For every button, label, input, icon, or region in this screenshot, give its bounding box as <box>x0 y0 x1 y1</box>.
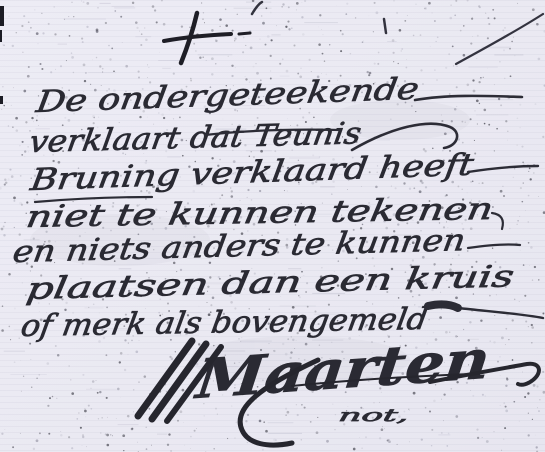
small-tick-right-icon <box>384 19 386 33</box>
scan-canvas: De ondergeteekende verklaart dat Teunis … <box>0 0 545 452</box>
top-right-curve-icon <box>456 14 543 64</box>
line4-trailing-hook <box>492 213 503 229</box>
cross-mark <box>164 13 250 63</box>
notary-abbreviation: not, <box>337 406 410 426</box>
line7-trailing-dash <box>458 308 543 318</box>
line5-trailing-dash <box>468 244 520 248</box>
line7-bold-blob <box>428 304 458 308</box>
line3-trailing-dash <box>468 166 538 172</box>
scanned-document-page: De ondergeteekende verklaart dat Teunis … <box>0 0 545 452</box>
scan-edge-artifacts <box>0 6 4 104</box>
